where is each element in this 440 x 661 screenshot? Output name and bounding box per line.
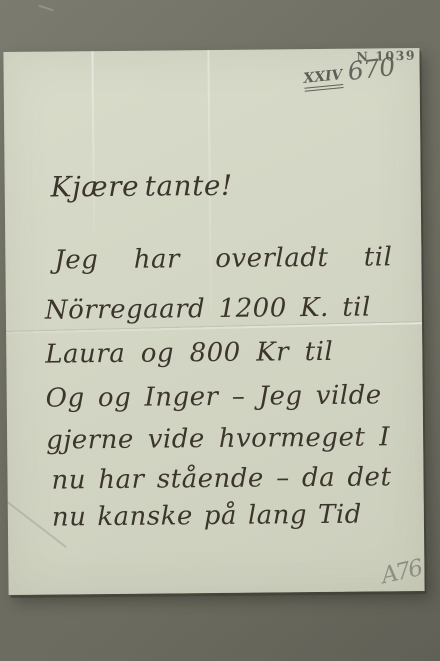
- photo-backdrop: N 1039 XXIV 670 Kjæretante! Jegharoverla…: [0, 0, 440, 661]
- letter-line: Nörregaard1200K.til: [45, 294, 371, 323]
- letter-line: nuharstående–dadet: [51, 464, 391, 493]
- series-numeral: XXIV: [303, 67, 344, 92]
- letter-line: Lauraog800Krtil: [45, 339, 333, 368]
- letter-paper: N 1039 XXIV 670 Kjæretante! Jegharoverla…: [3, 48, 424, 595]
- letter-line: OgogInger–Jegvilde: [46, 382, 382, 411]
- letter-line: nukanskepålangTid: [52, 502, 362, 531]
- letter-line: Jegharoverladttil: [54, 244, 392, 273]
- salutation-line: Kjæretante!: [51, 172, 233, 202]
- item-number: 670: [346, 52, 397, 86]
- letter-line: gjernevidehvormegetI: [46, 424, 390, 453]
- pencil-monogram: A76: [379, 555, 424, 589]
- fold-crease-vertical-left: [91, 51, 95, 251]
- mount-scratch: [38, 5, 54, 12]
